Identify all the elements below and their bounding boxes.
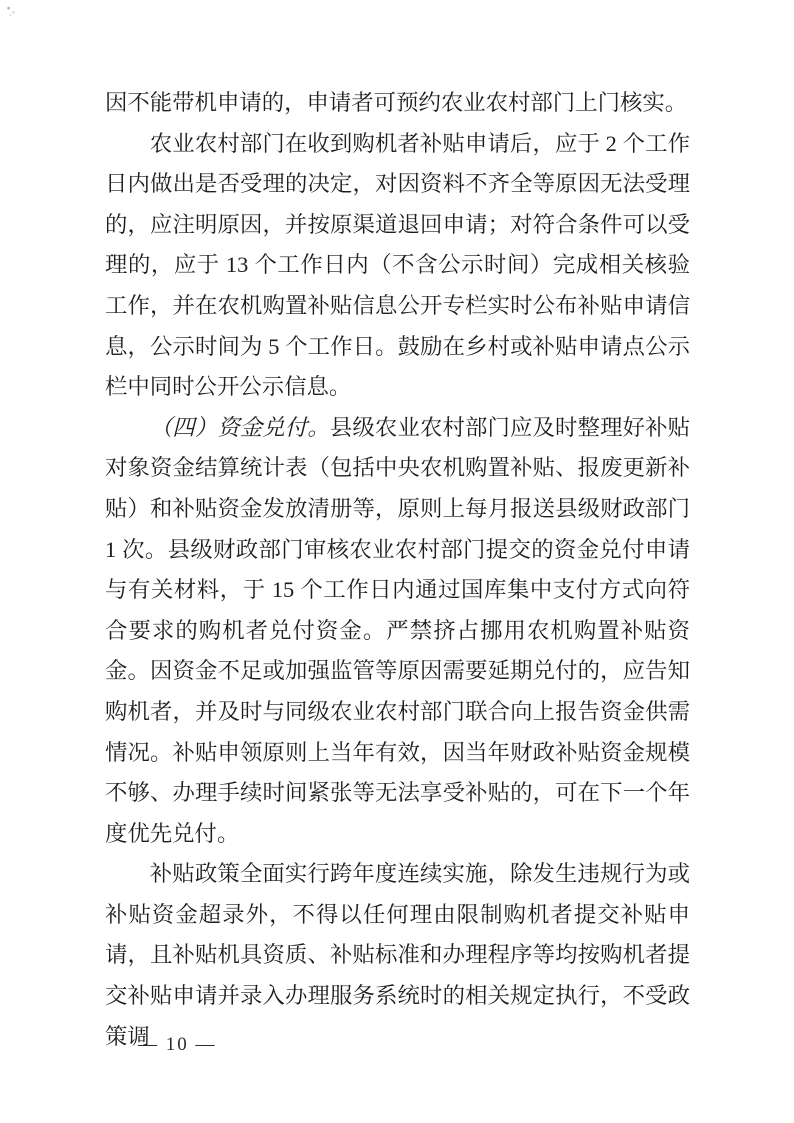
scan-artifact [5,4,17,18]
paragraph-cross-year-policy: 补贴政策全面实行跨年度连续实施，除发生违规行为或补贴资金超录外，不得以任何理由限… [105,854,690,1057]
paragraph-fund-disbursement: （四）资金兑付。县级农业农村部门应及时整理好补贴对象资金结算统计表（包括中央农机… [105,408,690,855]
section-heading-fund-disbursement: （四）资金兑付。 [150,415,330,440]
page-number: — 10 — [138,1033,217,1057]
paragraph-application-review: 农业农村部门在收到购机者补贴申请后，应于 2 个工作日内做出是否受理的决定，对因… [105,124,690,408]
paragraph-continuation: 因不能带机申请的，申请者可预约农业农村部门上门核实。 [105,83,690,124]
document-body: 因不能带机申请的，申请者可预约农业农村部门上门核实。 农业农村部门在收到购机者补… [105,83,690,1057]
paragraph-text: 县级农业农村部门应及时整理好补贴对象资金结算统计表（包括中央农机购置补贴、报废更… [105,415,690,846]
document-page: 因不能带机申请的，申请者可预约农业农村部门上门核实。 农业农村部门在收到购机者补… [0,0,794,1123]
